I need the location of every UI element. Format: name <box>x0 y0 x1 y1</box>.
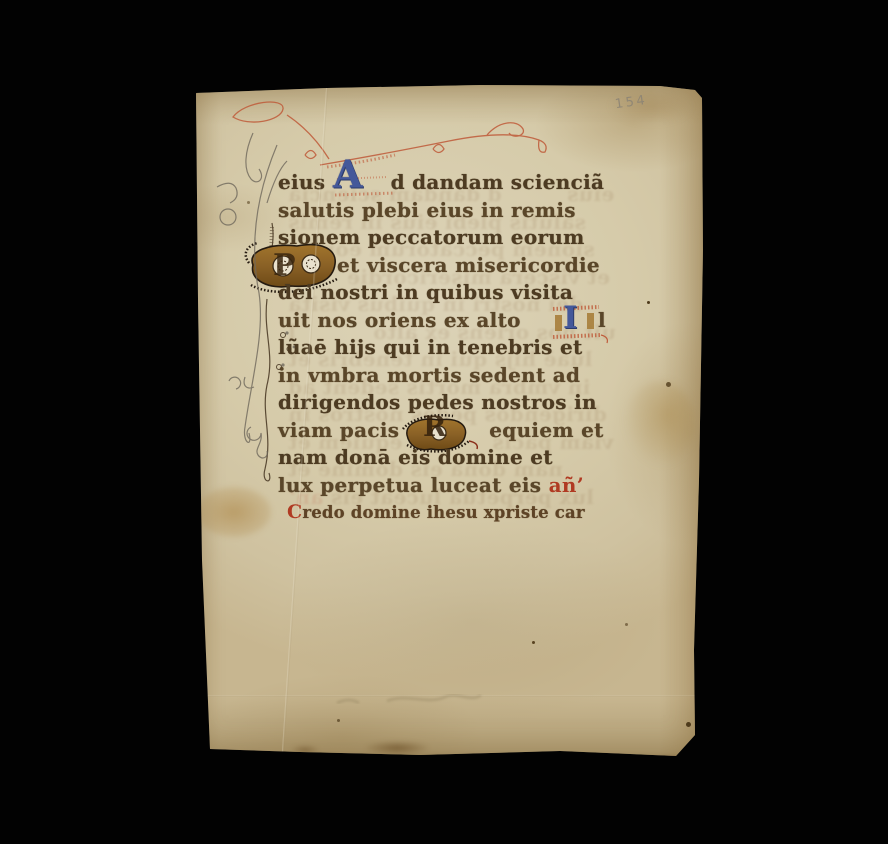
red-flourish <box>233 102 546 195</box>
showthrough-marks <box>337 695 481 703</box>
initial-i-decor <box>553 307 607 343</box>
corner-crease <box>191 65 239 97</box>
manuscript-leaf: eius d dandam scienciãsalutis plebi eius… <box>187 83 705 757</box>
pencil-doodles <box>217 133 295 458</box>
manuscript-photo: eius d dandam scienciãsalutis plebi eius… <box>0 0 888 844</box>
penwork-decoration <box>187 83 705 757</box>
initial-r-decor <box>403 415 477 451</box>
specks <box>187 83 190 86</box>
